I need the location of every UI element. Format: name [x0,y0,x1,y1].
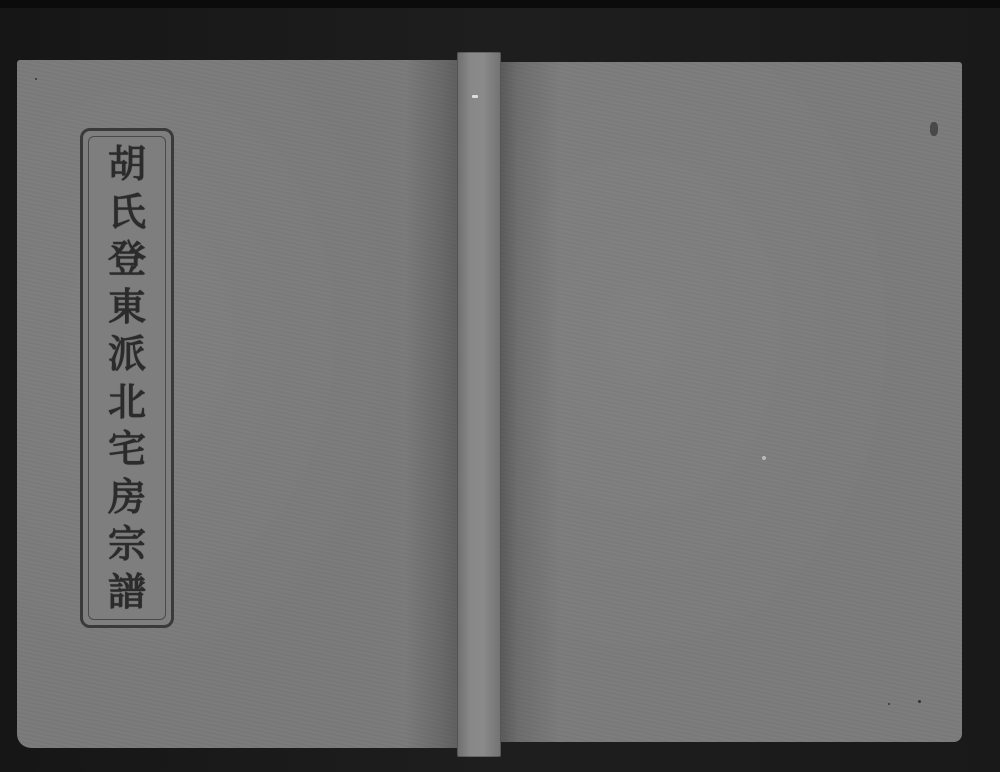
book-title: 胡 氏 登 東 派 北 宅 房 宗 譜 [83,145,171,611]
speck [918,700,921,703]
title-char: 東 [108,288,146,326]
title-char: 北 [108,383,146,421]
title-label: 胡 氏 登 東 派 北 宅 房 宗 譜 [80,128,174,628]
stain [930,122,938,136]
book-spine [457,52,501,757]
scanner-edge [0,0,1000,8]
speck [888,703,890,705]
title-char: 登 [108,240,146,278]
speck [35,78,37,80]
title-char: 氏 [108,193,146,231]
title-char: 宗 [108,525,146,563]
back-cover [500,62,962,742]
fold-shadow [405,60,457,748]
title-char: 房 [108,478,146,516]
spine-mark [472,95,478,98]
fold-shadow [500,62,560,742]
title-char: 宅 [108,430,146,468]
speck [762,456,766,460]
title-char: 胡 [108,145,146,183]
title-char: 譜 [108,573,146,611]
title-char: 派 [108,335,146,373]
